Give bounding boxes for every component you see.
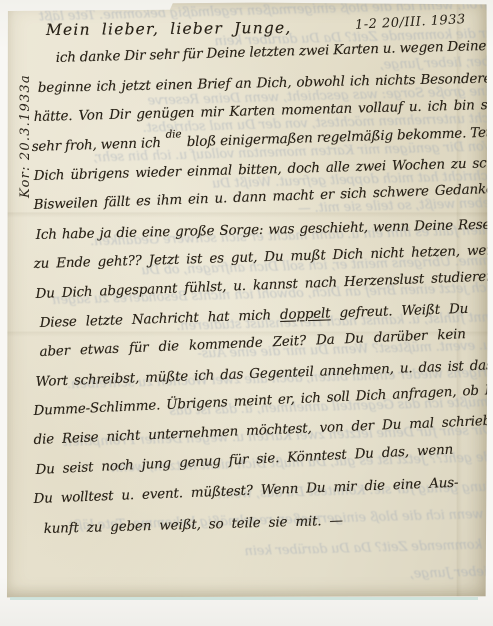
scan-edge-fringe [10, 597, 478, 600]
line-text: sehr froh, wenn ich [31, 134, 165, 154]
underlined-word: doppelt [280, 305, 331, 323]
archival-reference: Kor: 20.3.1933a [18, 74, 33, 198]
letter-page: sehr froh, wenn ich die bloß einigermaße… [6, 2, 488, 598]
letter-body: Mein lieber, lieber Junge,ich danke Dir … [36, 21, 486, 550]
scanned-letter: sehr froh, wenn ich die bloß einigermaße… [0, 0, 493, 626]
line-text: gefreut. Weißt Du [330, 301, 468, 322]
bleedthrough-line: Mein lieber, lieber Junge, [12, 562, 488, 593]
inserted-word: die [166, 128, 182, 140]
